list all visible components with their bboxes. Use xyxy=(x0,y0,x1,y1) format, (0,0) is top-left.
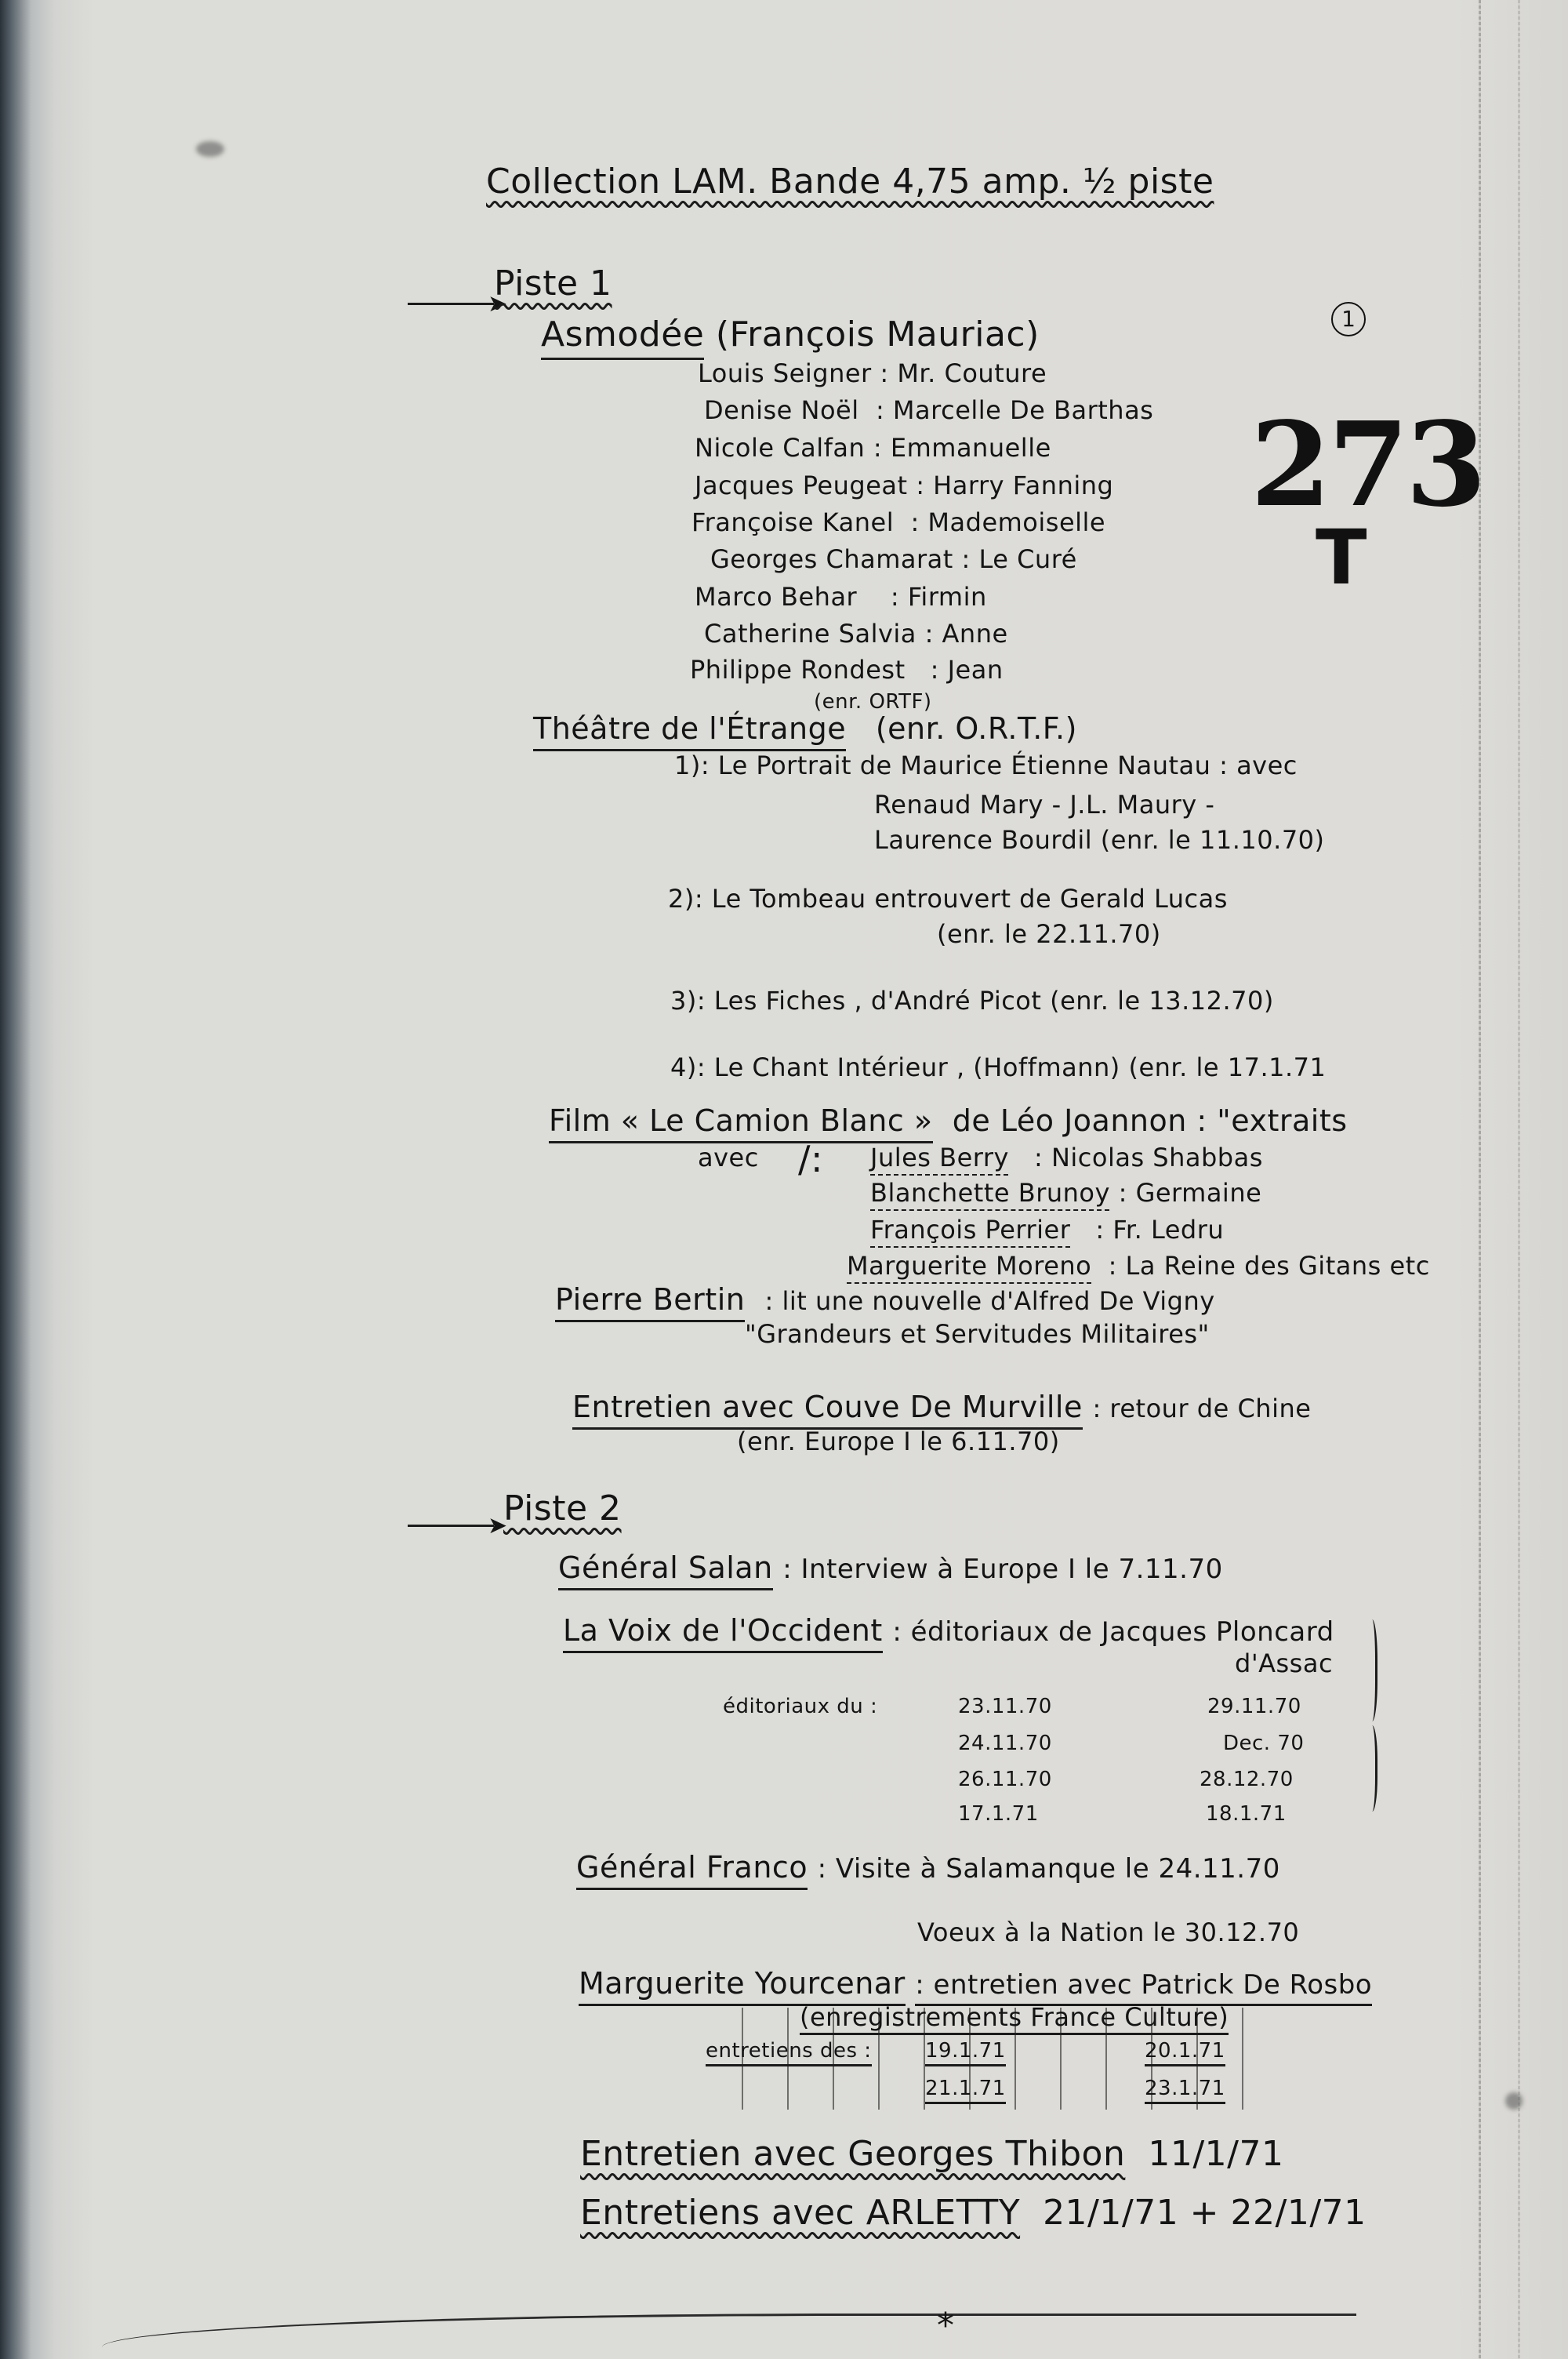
asterisk-end-mark: * xyxy=(937,2306,954,2346)
film-cast-role: : Germaine xyxy=(1119,1178,1262,1208)
salan-row: Général Salan : Interview à Europe I le … xyxy=(558,1553,1223,1583)
cast-actor: Françoise Kanel xyxy=(691,507,894,537)
theatre-item-4: 4): Le Chant Intérieur , (Hoffmann) (enr… xyxy=(670,1055,1326,1080)
arletty-dates: 21/1/71 + 22/1/71 xyxy=(1043,2193,1367,2233)
film-cast-actor: Jules Berry xyxy=(870,1143,1009,1172)
piste1-arrow-icon: ➤ xyxy=(408,284,507,320)
yourcenar-row: Marguerite Yourcenar : entretien avec Pa… xyxy=(579,1968,1372,1998)
cast-actor: Philippe Rondest xyxy=(690,655,906,685)
yourcenar-interview: : entretien avec Patrick De Rosbo xyxy=(915,1969,1372,2006)
cast-actor: Louis Seigner xyxy=(698,358,872,388)
theatre-item-1-date: Laurence Bourdil (enr. le 11.10.70) xyxy=(874,827,1325,852)
cast-row: Jacques Peugeat : Harry Fanning xyxy=(695,473,1113,498)
salan-interview: : Interview à Europe I le 7.11.70 xyxy=(782,1554,1222,1585)
piste2-heading: Piste 2 xyxy=(503,1492,622,1526)
film-cast-actor: Marguerite Moreno xyxy=(847,1251,1091,1281)
cast-row: Georges Chamarat : Le Curé xyxy=(710,547,1077,572)
film-cast-row: Blanchette Brunoy : Germaine xyxy=(870,1180,1261,1205)
cast-role: Jean xyxy=(948,655,1004,685)
page-edge-line xyxy=(1479,0,1481,2359)
theatre-heading: Théâtre de l'Étrange (enr. O.R.T.F.) xyxy=(533,714,1077,743)
film-heading: Film « Le Camion Blanc » de Léo Joannon … xyxy=(549,1106,1348,1136)
theatre-item-2-date: (enr. le 22.11.70) xyxy=(937,921,1161,947)
arletty-row: Entretiens avec ARLETTY 21/1/71 + 22/1/7… xyxy=(580,2196,1367,2230)
cast-role: Anne xyxy=(942,619,1008,649)
couve-title: Entretien avec Couve De Murville xyxy=(572,1390,1083,1430)
asmodee-recording-note: (enr. ORTF) xyxy=(814,692,932,712)
cast-actor: Jacques Peugeat xyxy=(695,471,908,500)
page-bottom-curve xyxy=(102,2314,1356,2347)
franco-visit: : Visite à Salamanque le 24.11.70 xyxy=(818,1853,1280,1885)
voix-date: Dec. 70 xyxy=(1223,1733,1304,1754)
cast-row: Françoise Kanel : Mademoiselle xyxy=(691,510,1105,535)
franco-name: Général Franco xyxy=(576,1850,808,1890)
voix-date: 26.11.70 xyxy=(958,1769,1052,1790)
voix-date: 24.11.70 xyxy=(958,1733,1052,1754)
cast-role: Le Curé xyxy=(978,544,1076,574)
cast-row: Louis Seigner : Mr. Couture xyxy=(698,361,1047,386)
couve-subject: : retour de Chine xyxy=(1092,1394,1311,1423)
film-title: Film « Le Camion Blanc » xyxy=(549,1103,933,1143)
bertin-work-title: "Grandeurs et Servitudes Militaires" xyxy=(745,1321,1210,1347)
theatre-recording-note: (enr. O.R.T.F.) xyxy=(876,711,1077,746)
voix-row: La Voix de l'Occident : éditoriaux de Ja… xyxy=(563,1616,1334,1645)
film-director: de Léo Joannon : "extraits xyxy=(953,1103,1348,1138)
salan-name: Général Salan xyxy=(558,1550,773,1590)
theatre-item-1: 1): Le Portrait de Maurice Étienne Nauta… xyxy=(674,753,1298,778)
thibon-row: Entretien avec Georges Thibon 11/1/71 xyxy=(580,2137,1283,2172)
voix-dates-label: éditoriaux du : xyxy=(723,1696,877,1717)
ink-smudge xyxy=(1505,2092,1523,2110)
film-cast-row: Marguerite Moreno : La Reine des Gitans … xyxy=(847,1253,1430,1278)
theatre-title: Théâtre de l'Étrange xyxy=(533,711,846,751)
voix-date: 23.11.70 xyxy=(958,1696,1052,1717)
cast-actor: Marco Behar xyxy=(695,582,857,612)
yourcenar-date: 23.1.71 xyxy=(1145,2078,1225,2104)
cast-role: Mademoiselle xyxy=(927,507,1105,537)
sheet-number-marker: 1 xyxy=(1331,302,1366,336)
cast-role: Mr. Couture xyxy=(897,358,1047,388)
asmodee-author: (François Mauriac) xyxy=(716,314,1040,354)
asmodee-title-text: Asmodée xyxy=(541,314,704,360)
cast-actor: Catherine Salvia xyxy=(704,619,916,649)
cast-row: Nicole Calfan : Emmanuelle xyxy=(695,435,1051,460)
film-avec-label: avec xyxy=(698,1145,759,1170)
bertin-heading: Pierre Bertin : lit une nouvelle d'Alfre… xyxy=(555,1285,1215,1314)
yourcenar-name: Marguerite Yourcenar xyxy=(579,1966,906,2006)
cast-row: Philippe Rondest : Jean xyxy=(690,657,1004,682)
film-cast-actor: François Perrier xyxy=(870,1215,1070,1245)
voix-date: 18.1.71 xyxy=(1206,1804,1287,1824)
bertin-name: Pierre Bertin xyxy=(555,1282,745,1322)
archive-stamp-letter: T xyxy=(1316,514,1367,602)
yourcenar-date: 19.1.71 xyxy=(925,2041,1006,2066)
cast-actor: Georges Chamarat xyxy=(710,544,953,574)
arletty-interview: Entretiens avec ARLETTY xyxy=(580,2193,1020,2233)
scanned-page: Collection LAM. Bande 4,75 amp. ½ piste … xyxy=(0,0,1568,2359)
cast-role: Harry Fanning xyxy=(933,471,1113,500)
film-cast-row: François Perrier : Fr. Ledru xyxy=(870,1217,1224,1242)
voix-author-suffix: d'Assac xyxy=(1235,1651,1333,1676)
ink-smudge xyxy=(196,141,224,157)
film-cast-role: : Fr. Ledru xyxy=(1095,1215,1224,1245)
archive-stamp-number: 273 xyxy=(1250,396,1483,533)
voix-date: 17.1.71 xyxy=(958,1804,1039,1824)
page-edge-line-outer xyxy=(1518,0,1520,2359)
cast-row: Marco Behar : Firmin xyxy=(695,584,987,609)
thibon-interview: Entretien avec Georges Thibon xyxy=(580,2134,1125,2174)
franco-new-year-address: Voeux à la Nation le 30.12.70 xyxy=(917,1920,1299,1945)
yourcenar-recording-note: (enregistrements France Culture) xyxy=(800,2005,1229,2035)
cast-actor: Nicole Calfan xyxy=(695,433,865,463)
theatre-item-1-cast: Renaud Mary - J.L. Maury - xyxy=(874,792,1214,817)
film-cast-role: : La Reine des Gitans etc xyxy=(1109,1251,1430,1281)
franco-row: Général Franco : Visite à Salamanque le … xyxy=(576,1852,1280,1882)
voix-date: 29.11.70 xyxy=(1207,1696,1301,1717)
cast-role: Marcelle De Barthas xyxy=(893,395,1153,425)
couve-heading: Entretien avec Couve De Murville : retou… xyxy=(572,1392,1311,1422)
voix-description: : éditoriaux de Jacques Ploncard xyxy=(892,1616,1334,1648)
film-cast-row: Jules Berry : Nicolas Shabbas xyxy=(870,1145,1263,1170)
yourcenar-date: 20.1.71 xyxy=(1145,2041,1225,2066)
document-title: Collection LAM. Bande 4,75 amp. ½ piste xyxy=(486,165,1214,199)
theatre-item-2: 2): Le Tombeau entrouvert de Gerald Luca… xyxy=(668,886,1228,911)
piste2-arrow-icon: ➤ xyxy=(408,1506,507,1542)
film-cast-bracket: /: xyxy=(798,1141,823,1177)
cast-row: Denise Noël : Marcelle De Barthas xyxy=(704,398,1153,423)
yourcenar-dates-label: entretiens des : xyxy=(706,2041,872,2066)
yourcenar-date: 21.1.71 xyxy=(925,2078,1006,2104)
couve-recording-note: (enr. Europe I le 6.11.70) xyxy=(737,1429,1060,1454)
film-cast-actor: Blanchette Brunoy xyxy=(870,1178,1110,1208)
cast-actor: Denise Noël xyxy=(704,395,859,425)
cast-role: Emmanuelle xyxy=(891,433,1051,463)
theatre-item-3: 3): Les Fiches , d'André Picot (enr. le … xyxy=(670,988,1274,1013)
cast-role: Firmin xyxy=(908,582,987,612)
film-cast-role: : Nicolas Shabbas xyxy=(1034,1143,1263,1172)
voix-title: La Voix de l'Occident xyxy=(563,1613,883,1653)
piste1-heading: Piste 1 xyxy=(494,267,612,301)
cast-row: Catherine Salvia : Anne xyxy=(704,621,1008,646)
bertin-reading: : lit une nouvelle d'Alfred De Vigny xyxy=(765,1286,1215,1316)
voix-bracket-bottom xyxy=(1364,1725,1377,1812)
voix-date: 28.12.70 xyxy=(1200,1769,1294,1790)
voix-bracket-top xyxy=(1364,1619,1377,1721)
asmodee-title: Asmodée (François Mauriac) xyxy=(541,318,1040,352)
thibon-date: 11/1/71 xyxy=(1148,2134,1283,2174)
